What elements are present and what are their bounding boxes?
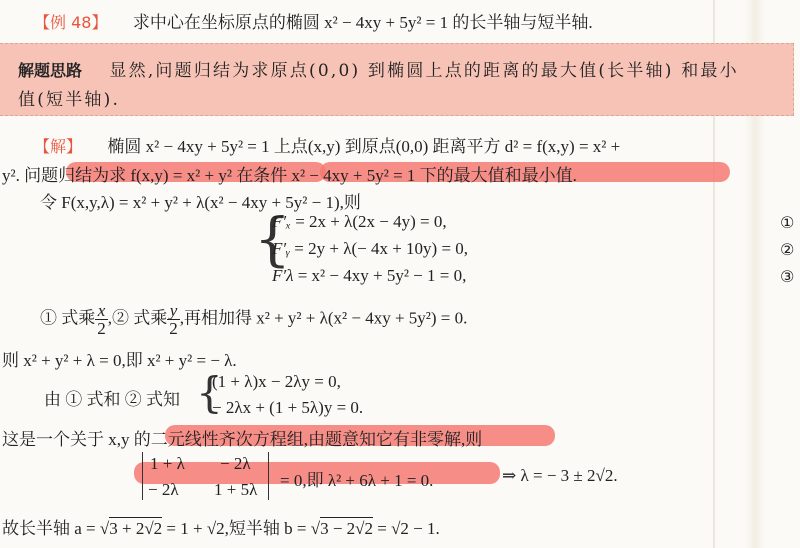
solution-text-2-suffix: 值. [556,166,577,185]
eq-label-3: ③ [780,267,794,286]
hint-title: 解题思路 [18,61,82,80]
example-question: 求中心在坐标原点的椭圆 x² − 4xy + 5y² = 1 的长半轴与短半轴. [133,13,593,32]
det-result: = 0,即 λ² + 6λ + 1 = 0. [280,466,433,491]
solution-line-4: ① 式乘x2,② 式乘y2,再相加得 x² + y² + λ(x² − 4xy … [40,302,467,337]
eq-label-1: ① [780,213,794,232]
solution-line-7: 这是一个关于 x,y 的二元线性齐次方程组,由题意知它有非零解,则 [2,425,482,450]
hint-line-1: 解题思路 显然,问题归结为求原点(0,0) 到椭圆上点的距离的最大值(长半轴) … [18,56,739,81]
system2-eq-2: − 2λx + (1 + 5λ)y = 0. [212,398,363,418]
sqrt-long-axis: 3 + 2√2 [109,517,162,538]
det-answer: ⇒ λ = − 3 ± 2√2. [502,466,618,486]
solution-tag: 【解】 [34,137,82,156]
solution-line-2: y². 问题归结为求 f(x,y) = x² + y² 在条件 x² − 4xy… [2,161,577,186]
det-a12: − 2λ [220,454,251,474]
det-a22: 1 + 5λ [214,480,257,500]
example-header: 【例 48】 求中心在坐标原点的椭圆 x² − 4xy + 5y² = 1 的长… [34,8,593,33]
eq-label-2: ② [780,240,794,259]
system-eq-3: F′λ = x² − 4xy + 5y² − 1 = 0, [272,266,466,286]
solution-text-2-highlight: 归结为求 f(x,y) = x² + y² 在条件 x² − 4xy + 5y²… [58,166,556,185]
sqrt-short-axis: 3 − 2√2 [320,517,373,538]
solution-line-1: 【解】 椭圆 x² − 4xy + 5y² = 1 上点(x,y) 到原点(0,… [34,132,620,157]
conclusion-line: 故长半轴 a = √3 + 2√2 = 1 + √2,短半轴 b = √3 − … [2,514,440,539]
hint-text-1: 显然,问题归结为求原点(0,0) 到椭圆上点的距离的最大值(长半轴) 和最小 [109,61,738,81]
hint-text-2: 值(短半轴). [18,85,120,110]
det-a21: − 2λ [148,480,179,500]
det-a11: 1 + λ [150,454,185,474]
system2-eq-1: (1 + λ)x − 2λy = 0, [212,372,341,392]
system-eq-1: F′ₓ = 2x + λ(2x − 4y) = 0, [272,212,447,232]
solution-line-6: 由 ① 式和 ② 式知 [44,385,180,410]
fraction-y-over-2: y2 [167,302,180,337]
fraction-x-over-2: x2 [95,302,108,337]
solution-text-1: 椭圆 x² − 4xy + 5y² = 1 上点(x,y) 到原点(0,0) 距… [107,137,620,156]
system-eq-2: F′ᵧ = 2y + λ(− 4x + 10y) = 0, [272,239,468,259]
example-tag: 【例 48】 [34,13,107,32]
solution-line-3: 令 F(x,y,λ) = x² + y² + λ(x² − 4xy + 5y² … [40,188,361,213]
solution-text-2-prefix: y². 问题 [2,166,58,185]
